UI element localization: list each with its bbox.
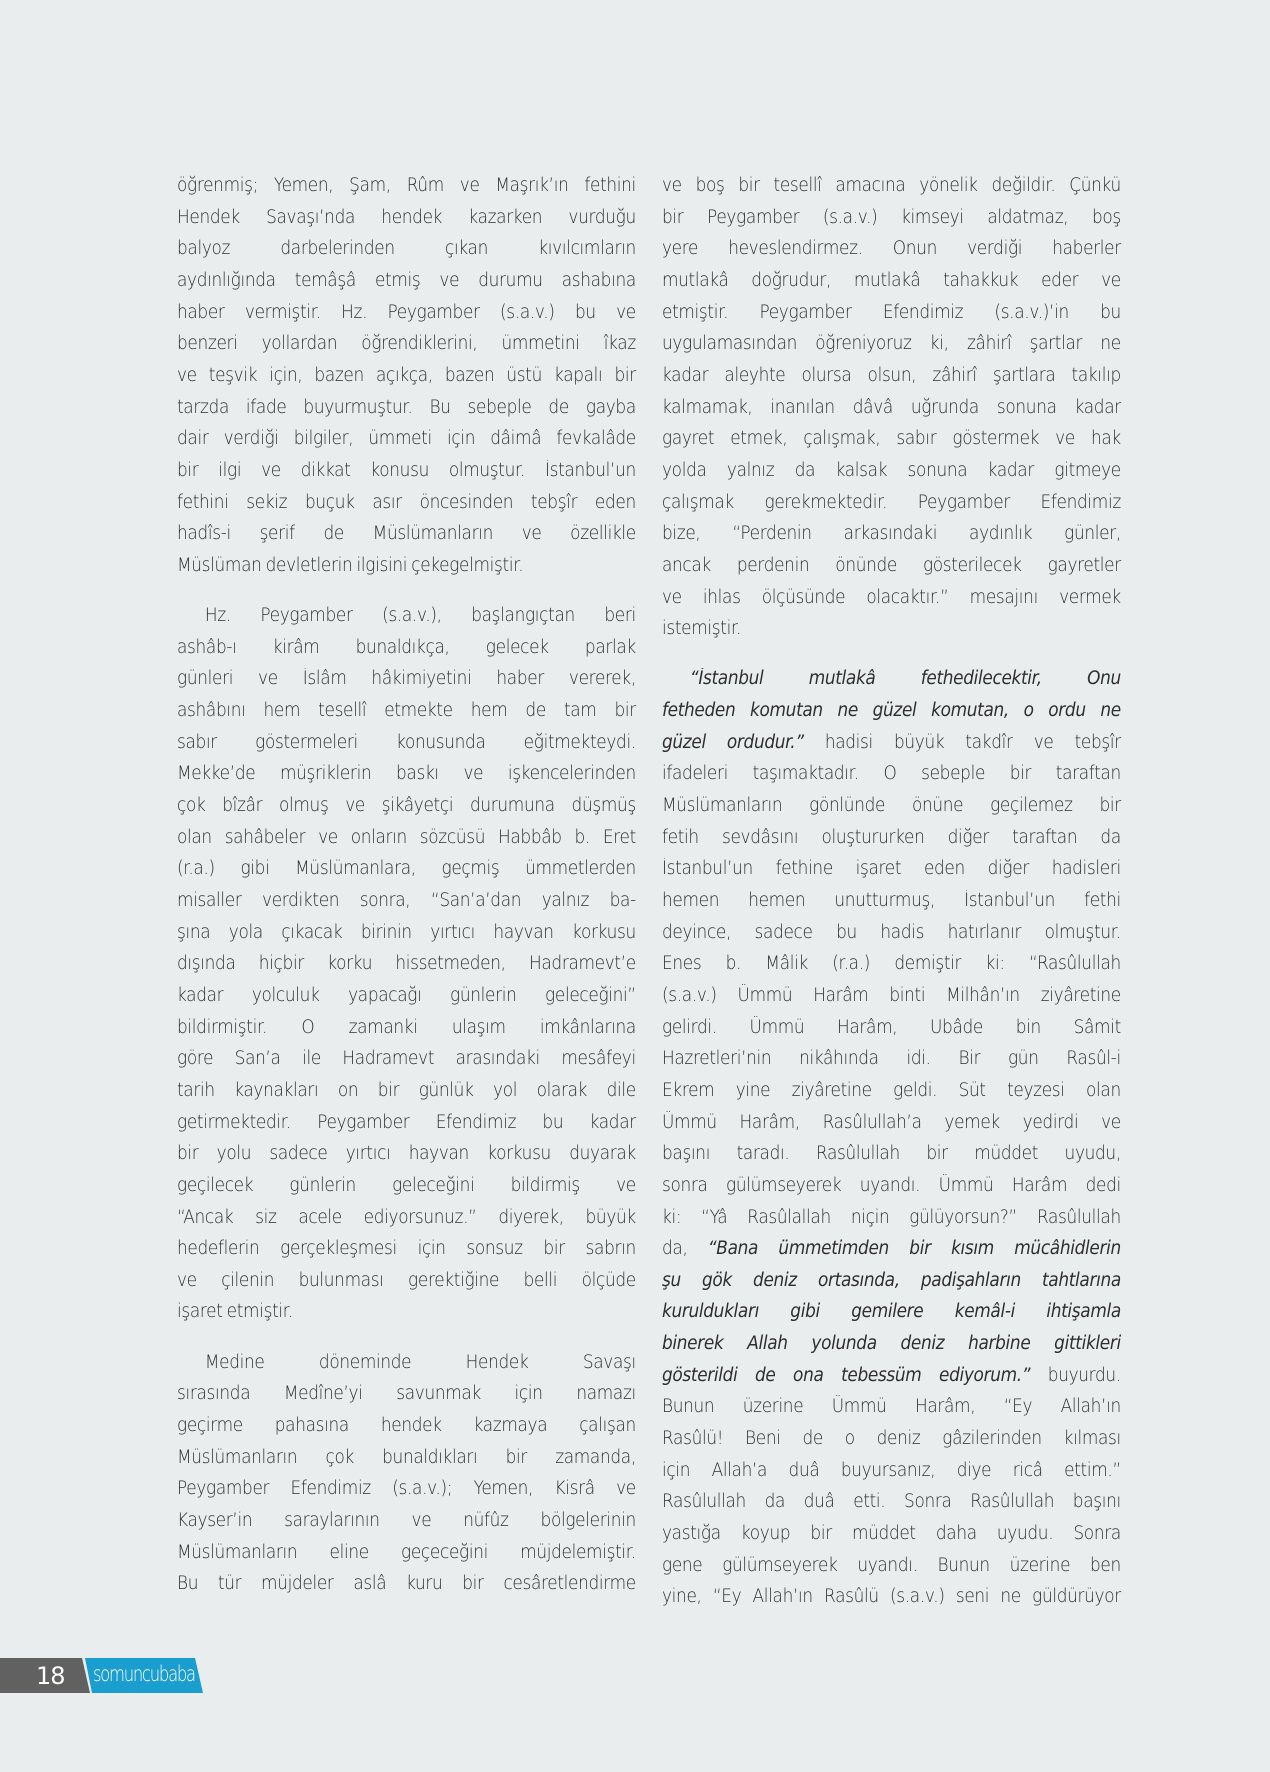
text-segment: Ekrem yine ziyâretine geldi. Süt teyzesi… <box>662 1080 1121 1101</box>
text-segment: gelirdi. Ümmü Harâm, Ubâde bin Sâmit <box>662 1017 1121 1038</box>
italic-quote-segment: binerek Allah yolunda deniz harbine gitt… <box>662 1333 1121 1354</box>
text-segment: yastığa koyup bir müddet daha uyudu. Son… <box>662 1523 1121 1544</box>
text-segment: bize, “Perdenin arkasındaki aydınlık gün… <box>662 523 1121 544</box>
italic-quote-segment: kuruldukları gibi gemilere kemâl-i ihtiş… <box>662 1301 1121 1322</box>
text-segment: işaret etmiştir. <box>177 1301 293 1322</box>
text-segment: geçilecek günlerin geleceğini bildirmiş … <box>177 1175 636 1196</box>
text-line: ve boş bir tesellî amacına yönelik değil… <box>662 170 1121 202</box>
text-line: Enes b. Mâlik (r.a.) demiştir ki: “Rasûl… <box>662 948 1121 980</box>
text-segment: Müslümanların eline geçeceğini müjdelemi… <box>177 1542 636 1563</box>
text-segment: başını taradı. Rasûlullah bir müddet uyu… <box>662 1143 1121 1164</box>
text-line: şına yola çıkacak birinin yırtıcı hayvan… <box>177 917 636 949</box>
text-segment: yolda yalnız da kalsak sonuna kadar gitm… <box>662 460 1121 481</box>
text-segment: kadar yolculuk yapacağı günlerin geleceğ… <box>177 985 636 1006</box>
text-segment: Medine döneminde Hendek Savaşı <box>205 1352 636 1373</box>
text-segment: Ümmü Harâm, Rasûlullah’a yemek yedirdi v… <box>662 1112 1121 1133</box>
text-line: Müslümanların çok bunaldıkları bir zaman… <box>177 1442 636 1474</box>
text-line: İstanbul’un fethine işaret eden diğer ha… <box>662 853 1121 885</box>
text-segment: deyince, sadece bu hadis hatırlanır olmu… <box>662 922 1121 943</box>
text-line: kadar aleyhte olursa olsun, zâhirî şartl… <box>662 360 1121 392</box>
italic-quote-segment: şu gök deniz ortasında, padişahların tah… <box>662 1270 1121 1291</box>
text-line: tarih kaynakları on bir günlük yol olara… <box>177 1075 636 1107</box>
text-line: sabır göstermeleri konusunda eğitmekteyd… <box>177 727 636 759</box>
text-line: bir Peygamber (s.a.v.) kimseyi aldatmaz,… <box>662 202 1121 234</box>
text-segment: benzeri yollardan öğrendiklerini, ümmeti… <box>177 333 636 354</box>
text-line: bize, “Perdenin arkasındaki aydınlık gün… <box>662 518 1121 550</box>
text-segment: ifadeleri taşımaktadır. O sebeple bir ta… <box>662 763 1121 784</box>
text-segment: Müslümanların çok bunaldıkları bir zaman… <box>177 1447 636 1468</box>
text-line: geçilecek günlerin geleceğini bildirmiş … <box>177 1170 636 1202</box>
text-segment: uygulamasından öğreniyoruz ki, zâhirî şa… <box>662 333 1121 354</box>
text-line: tarzda ifade buyurmuştur. Bu sebeple de … <box>177 392 636 424</box>
text-segment: gayret etmek, çalışmak, sabır göstermek … <box>662 428 1121 449</box>
text-segment: tarih kaynakları on bir günlük yol olara… <box>177 1080 636 1101</box>
text-segment: Hazretleri’nin nikâhında idi. Bir gün Ra… <box>662 1048 1121 1069</box>
text-line: “İstanbul mutlakâ fethedilecektir, Onu <box>662 663 1121 695</box>
text-line: Rasûlü! Beni de o deniz gâzilerinden kıl… <box>662 1423 1121 1455</box>
text-segment: dışında hiçbir korku hissetmeden, Hadram… <box>177 953 636 974</box>
text-line: ve teşvik için, bazen açıkça, bazen üstü… <box>177 360 636 392</box>
text-line: gelirdi. Ümmü Harâm, Ubâde bin Sâmit <box>662 1012 1121 1044</box>
text-segment: etmiştir. Peygamber Efendimiz (s.a.v.)’i… <box>662 302 1121 323</box>
text-segment: “Ancak siz acele ediyorsunuz.” diyerek, … <box>177 1207 636 1228</box>
text-line: dışında hiçbir korku hissetmeden, Hadram… <box>177 948 636 980</box>
italic-quote-segment: “Bana ümmetimden bir kısım mücâhidlerin <box>708 1238 1121 1259</box>
text-segment: ancak perdenin önünde gösterilecek gayre… <box>662 555 1121 576</box>
italic-quote-segment: gösterildi de ona tebessüm ediyorum.” <box>662 1365 1030 1386</box>
right-text-column: ve boş bir tesellî amacına yönelik değil… <box>662 170 1121 1613</box>
text-line: sırasında Medîne’yi savunmak için namazı <box>177 1378 636 1410</box>
text-segment: öğrenmiş; Yemen, Şam, Rûm ve Maşrık’ın f… <box>177 175 636 196</box>
text-segment: olan sahâbeler ve onların sözcüsü Habbâb… <box>177 827 636 848</box>
text-segment: kadar aleyhte olursa olsun, zâhirî şartl… <box>662 365 1121 386</box>
text-line: Ekrem yine ziyâretine geldi. Süt teyzesi… <box>662 1075 1121 1107</box>
text-line: göre San’a ile Hadramevt arasındaki mesâ… <box>177 1043 636 1075</box>
text-segment: fetih sevdâsını oluştururken diğer taraf… <box>662 827 1121 848</box>
text-segment: ashâb-ı kirâm bunaldıkça, gelecek parlak <box>177 637 636 658</box>
text-segment: (r.a.) gibi Müslümanlara, geçmiş ümmetle… <box>177 858 636 879</box>
text-line: ve çilenin bulunması gerektiğine belli ö… <box>177 1265 636 1297</box>
text-line: uygulamasından öğreniyoruz ki, zâhirî şa… <box>662 328 1121 360</box>
text-line: Hazretleri’nin nikâhında idi. Bir gün Ra… <box>662 1043 1121 1075</box>
text-line: başını taradı. Rasûlullah bir müddet uyu… <box>662 1138 1121 1170</box>
text-segment: bir Peygamber (s.a.v.) kimseyi aldatmaz,… <box>662 207 1121 228</box>
text-line: Ümmü Harâm, Rasûlullah’a yemek yedirdi v… <box>662 1107 1121 1139</box>
text-line: öğrenmiş; Yemen, Şam, Rûm ve Maşrık’ın f… <box>177 170 636 202</box>
text-segment: bir ilgi ve dikkat konusu olmuştur. İsta… <box>177 460 636 481</box>
text-line: hedeflerin gerçekleşmesi için sonsuz bir… <box>177 1233 636 1265</box>
text-segment: ve çilenin bulunması gerektiğine belli ö… <box>177 1270 636 1291</box>
text-segment: sonra gülümseyerek uyandı. Ümmü Harâm de… <box>662 1175 1121 1196</box>
paragraph: “İstanbul mutlakâ fethedilecektir, Onufe… <box>662 663 1121 1613</box>
text-line: ancak perdenin önünde gösterilecek gayre… <box>662 550 1121 582</box>
text-segment: geçirme pahasına hendek kazmaya çalışan <box>177 1415 636 1436</box>
text-segment: Mekke’de müşriklerin baskı ve işkenceler… <box>177 763 636 784</box>
italic-quote-segment: güzel ordudur.” <box>662 732 804 753</box>
text-line: çok bîzâr olmuş ve şikâyetçi durumuna dü… <box>177 790 636 822</box>
text-line: işaret etmiştir. <box>177 1296 636 1328</box>
text-line: kadar yolculuk yapacağı günlerin geleceğ… <box>177 980 636 1012</box>
brand-logo-text: somuncubaba <box>93 1658 195 1693</box>
text-line: haber vermiştir. Hz. Peygamber (s.a.v.) … <box>177 297 636 329</box>
text-segment: şına yola çıkacak birinin yırtıcı hayvan… <box>177 922 636 943</box>
text-line: bir yolu sadece yırtıcı hayvan korkusu d… <box>177 1138 636 1170</box>
italic-quote-segment: “İstanbul mutlakâ fethedilecektir, Onu <box>690 668 1121 689</box>
text-segment: balyoz darbelerinden çıkan kıvılcımların <box>177 238 636 259</box>
text-line: çalışmak gerekmektedir. Peygamber Efendi… <box>662 487 1121 519</box>
text-line: etmiştir. Peygamber Efendimiz (s.a.v.)’i… <box>662 297 1121 329</box>
text-line: getirmektedir. Peygamber Efendimiz bu ka… <box>177 1107 636 1139</box>
paragraph: öğrenmiş; Yemen, Şam, Rûm ve Maşrık’ın f… <box>177 170 636 582</box>
text-line: ashâbını hem tesellî etmekte hem de tam … <box>177 695 636 727</box>
text-segment: getirmektedir. Peygamber Efendimiz bu ka… <box>177 1112 636 1133</box>
page-number: 18 <box>36 1658 65 1693</box>
text-line: gayret etmek, çalışmak, sabır göstermek … <box>662 423 1121 455</box>
text-segment: haber vermiştir. Hz. Peygamber (s.a.v.) … <box>177 302 636 323</box>
text-segment: Rasûlullah da duâ etti. Sonra Rasûlullah… <box>662 1491 1121 1512</box>
text-line: deyince, sadece bu hadis hatırlanır olmu… <box>662 917 1121 949</box>
text-line: Bu tür müjdeler aslâ kuru bir cesâretlen… <box>177 1568 636 1600</box>
text-segment: kalmamak, inanılan dâvâ uğrunda sonuna k… <box>662 397 1121 418</box>
text-line: Müslüman devletlerin ilgisini çekegelmiş… <box>177 550 636 582</box>
text-line: fetheden komutan ne güzel komutan, o ord… <box>662 695 1121 727</box>
text-line: güzel ordudur.” hadisi büyük takdîr ve t… <box>662 727 1121 759</box>
text-segment: yine, “Ey Allah’ın Rasûlü (s.a.v.) seni … <box>662 1586 1121 1607</box>
text-segment: Enes b. Mâlik (r.a.) demiştir ki: “Rasûl… <box>662 953 1121 974</box>
text-segment: ve boş bir tesellî amacına yönelik değil… <box>662 175 1121 196</box>
text-line: olan sahâbeler ve onların sözcüsü Habbâb… <box>177 822 636 854</box>
text-segment: da, <box>662 1238 708 1259</box>
text-line: ashâb-ı kirâm bunaldıkça, gelecek parlak <box>177 632 636 664</box>
text-line: hadîs-i şerif de Müslümanların ve özelli… <box>177 518 636 550</box>
text-segment: Hz. Peygamber (s.a.v.), başlangıçtan ber… <box>205 605 636 626</box>
text-line: aydınlığında temâşâ etmiş ve durumu asha… <box>177 265 636 297</box>
text-line: yastığa koyup bir müddet daha uyudu. Son… <box>662 1518 1121 1550</box>
text-line: mutlakâ doğrudur, mutlakâ tahakkuk eder … <box>662 265 1121 297</box>
text-segment: Hendek Savaşı’nda hendek kazarken vurduğ… <box>177 207 636 228</box>
text-segment: ki: “Yâ Rasûlallah niçin gülüyorsun?” Ra… <box>662 1207 1121 1228</box>
text-line: Mekke’de müşriklerin baskı ve işkenceler… <box>177 758 636 790</box>
text-line: Rasûlullah da duâ etti. Sonra Rasûlullah… <box>662 1486 1121 1518</box>
text-line: kalmamak, inanılan dâvâ uğrunda sonuna k… <box>662 392 1121 424</box>
text-segment: ve ihlas ölçüsünde olacaktır.” mesajını … <box>662 587 1121 608</box>
text-segment: ve teşvik için, bazen açıkça, bazen üstü… <box>177 365 636 386</box>
text-line: dair verdiği bilgiler, ümmeti için dâimâ… <box>177 423 636 455</box>
text-line: gene gülümseyerek uyandı. Bunun üzerine … <box>662 1550 1121 1582</box>
text-segment: Bunun üzerine Ümmü Harâm, “Ey Allah’ın <box>662 1396 1121 1417</box>
text-line: (s.a.v.) Ümmü Harâm binti Milhân’ın ziyâ… <box>662 980 1121 1012</box>
page-footer: 18 somuncubaba <box>0 1658 210 1693</box>
text-line: benzeri yollardan öğrendiklerini, ümmeti… <box>177 328 636 360</box>
text-line: hemen hemen unutturmuş, İstanbul’un feth… <box>662 885 1121 917</box>
text-segment: için Allah’a duâ buyursanız, diye ricâ e… <box>662 1460 1121 1481</box>
text-segment: buyurdu. <box>1030 1365 1121 1386</box>
text-segment: Peygamber Efendimiz (s.a.v.); Yemen, Kis… <box>177 1478 636 1499</box>
text-line: yine, “Ey Allah’ın Rasûlü (s.a.v.) seni … <box>662 1581 1121 1613</box>
text-segment: aydınlığında temâşâ etmiş ve durumu asha… <box>177 270 636 291</box>
text-segment: Kayser’in saraylarının ve nüfûz bölgeler… <box>177 1510 636 1531</box>
text-line: Bunun üzerine Ümmü Harâm, “Ey Allah’ın <box>662 1391 1121 1423</box>
text-line: için Allah’a duâ buyursanız, diye ricâ e… <box>662 1455 1121 1487</box>
text-segment: İstanbul’un fethine işaret eden diğer ha… <box>662 858 1121 879</box>
text-line: da, “Bana ümmetimden bir kısım mücâhidle… <box>662 1233 1121 1265</box>
paragraph: Medine döneminde Hendek Savaşısırasında … <box>177 1347 636 1600</box>
text-line: Hz. Peygamber (s.a.v.), başlangıçtan ber… <box>177 600 636 632</box>
text-line: balyoz darbelerinden çıkan kıvılcımların <box>177 233 636 265</box>
text-line: binerek Allah yolunda deniz harbine gitt… <box>662 1328 1121 1360</box>
text-line: Medine döneminde Hendek Savaşı <box>177 1347 636 1379</box>
text-segment: hadisi büyük takdîr ve tebşîr <box>804 732 1121 753</box>
paragraph: ve boş bir tesellî amacına yönelik değil… <box>662 170 1121 645</box>
text-segment: fethini sekiz buçuk asır öncesinden tebş… <box>177 492 636 513</box>
text-line: (r.a.) gibi Müslümanlara, geçmiş ümmetle… <box>177 853 636 885</box>
paragraph: Hz. Peygamber (s.a.v.), başlangıçtan ber… <box>177 600 636 1328</box>
text-line: yere heveslendirmez. Onun verdiği haberl… <box>662 233 1121 265</box>
text-segment: hadîs-i şerif de Müslümanların ve özelli… <box>177 523 636 544</box>
text-segment: hedeflerin gerçekleşmesi için sonsuz bir… <box>177 1238 636 1259</box>
text-segment: gene gülümseyerek uyandı. Bunun üzerine … <box>662 1555 1121 1576</box>
text-line: misaller verdikten sonra, “San’a’dan yal… <box>177 885 636 917</box>
text-segment: (s.a.v.) Ümmü Harâm binti Milhân’ın ziyâ… <box>662 985 1121 1006</box>
text-line: ki: “Yâ Rasûlallah niçin gülüyorsun?” Ra… <box>662 1202 1121 1234</box>
text-segment: bildirmiştir. O zamanki ulaşım imkânları… <box>177 1017 636 1038</box>
text-line: şu gök deniz ortasında, padişahların tah… <box>662 1265 1121 1297</box>
text-line: ve ihlas ölçüsünde olacaktır.” mesajını … <box>662 582 1121 614</box>
text-segment: mutlakâ doğrudur, mutlakâ tahakkuk eder … <box>662 270 1121 291</box>
text-segment: göre San’a ile Hadramevt arasındaki mesâ… <box>177 1048 636 1069</box>
text-segment: bir yolu sadece yırtıcı hayvan korkusu d… <box>177 1143 636 1164</box>
text-segment: tarzda ifade buyurmuştur. Bu sebeple de … <box>177 397 636 418</box>
text-line: istemiştir. <box>662 613 1121 645</box>
text-segment: yere heveslendirmez. Onun verdiği haberl… <box>662 238 1121 259</box>
text-line: fethini sekiz buçuk asır öncesinden tebş… <box>177 487 636 519</box>
text-segment: Müslüman devletlerin ilgisini çekegelmiş… <box>177 555 523 576</box>
text-line: Hendek Savaşı’nda hendek kazarken vurduğ… <box>177 202 636 234</box>
text-line: gösterildi de ona tebessüm ediyorum.” bu… <box>662 1360 1121 1392</box>
text-segment: sabır göstermeleri konusunda eğitmekteyd… <box>177 732 636 753</box>
text-segment: çok bîzâr olmuş ve şikâyetçi durumuna dü… <box>177 795 636 816</box>
text-line: kuruldukları gibi gemilere kemâl-i ihtiş… <box>662 1296 1121 1328</box>
text-line: ifadeleri taşımaktadır. O sebeple bir ta… <box>662 758 1121 790</box>
text-segment: misaller verdikten sonra, “San’a’dan yal… <box>177 890 636 911</box>
text-segment: ashâbını hem tesellî etmekte hem de tam … <box>177 700 636 721</box>
text-line: bildirmiştir. O zamanki ulaşım imkânları… <box>177 1012 636 1044</box>
text-line: Müslümanların gönlünde önüne geçilemez b… <box>662 790 1121 822</box>
text-line: günleri ve İslâm hâkimiyetini haber vere… <box>177 663 636 695</box>
italic-quote-segment: fetheden komutan ne güzel komutan, o ord… <box>662 700 1121 721</box>
text-line: Müslümanların eline geçeceğini müjdelemi… <box>177 1537 636 1569</box>
text-line: fetih sevdâsını oluştururken diğer taraf… <box>662 822 1121 854</box>
text-segment: Rasûlü! Beni de o deniz gâzilerinden kıl… <box>662 1428 1121 1449</box>
left-text-column: öğrenmiş; Yemen, Şam, Rûm ve Maşrık’ın f… <box>177 170 636 1600</box>
text-line: “Ancak siz acele ediyorsunuz.” diyerek, … <box>177 1202 636 1234</box>
text-line: yolda yalnız da kalsak sonuna kadar gitm… <box>662 455 1121 487</box>
text-line: bir ilgi ve dikkat konusu olmuştur. İsta… <box>177 455 636 487</box>
text-segment: dair verdiği bilgiler, ümmeti için dâimâ… <box>177 428 636 449</box>
text-segment: günleri ve İslâm hâkimiyetini haber vere… <box>177 668 636 689</box>
text-line: Peygamber Efendimiz (s.a.v.); Yemen, Kis… <box>177 1473 636 1505</box>
text-segment: hemen hemen unutturmuş, İstanbul’un feth… <box>662 890 1121 911</box>
text-segment: Bu tür müjdeler aslâ kuru bir cesâretlen… <box>177 1573 636 1594</box>
text-segment: Müslümanların gönlünde önüne geçilemez b… <box>662 795 1121 816</box>
text-segment: çalışmak gerekmektedir. Peygamber Efendi… <box>662 492 1121 513</box>
text-segment: istemiştir. <box>662 618 741 639</box>
text-line: sonra gülümseyerek uyandı. Ümmü Harâm de… <box>662 1170 1121 1202</box>
text-line: geçirme pahasına hendek kazmaya çalışan <box>177 1410 636 1442</box>
text-line: Kayser’in saraylarının ve nüfûz bölgeler… <box>177 1505 636 1537</box>
text-segment: sırasında Medîne’yi savunmak için namazı <box>177 1383 636 1404</box>
